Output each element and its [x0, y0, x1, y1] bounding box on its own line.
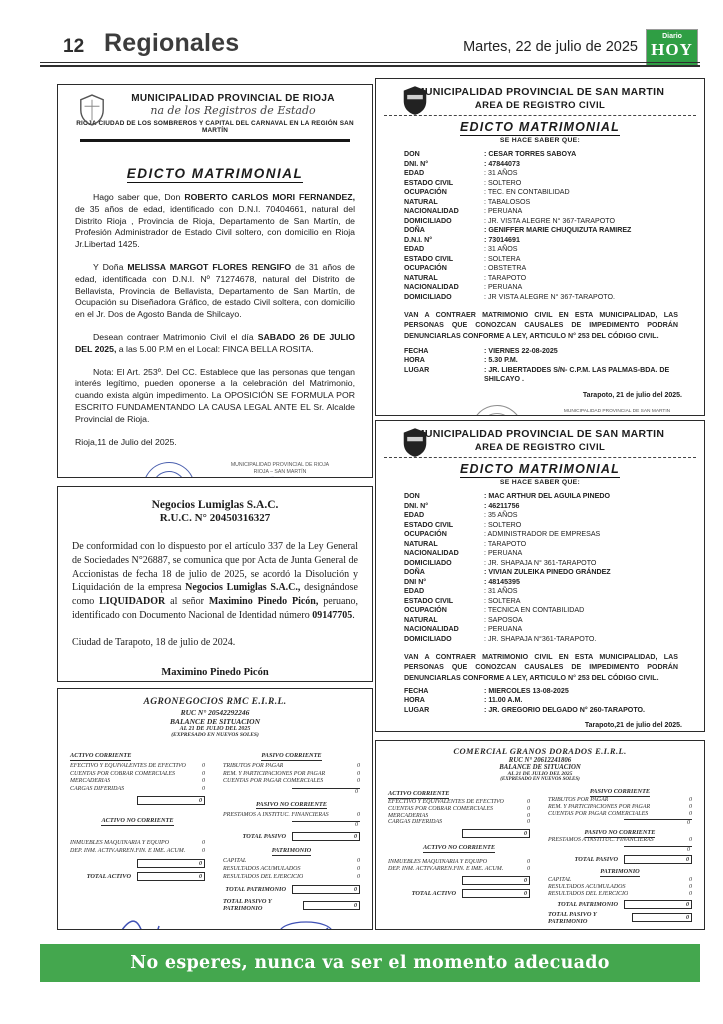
balance-line-item: CAPITAL0 — [223, 858, 360, 866]
item-label: RESULTADOS ACUMULADOS — [223, 866, 301, 874]
edicto-notice: VAN A CONTRAER MATRIMONIO CIVIL EN ESTA … — [404, 652, 678, 683]
item-label: PRESTAMOS A INSTITUC. FINANCIERAS — [548, 837, 654, 844]
item-value: 0 — [202, 771, 205, 779]
field-value: : VIVIAN ZULEIKA PINEDO GRÁNDEZ — [484, 568, 611, 578]
balance-line-item: CAPITAL0 — [548, 877, 692, 884]
signature-accountant: C.P.C. MAT. N° — [260, 920, 346, 930]
field-value: : JR. SHAPAJA N°361-TARAPOTO. — [484, 635, 596, 645]
lumiglas-paragraph: De conformidad con lo dispuesto por el a… — [72, 540, 358, 623]
schedule-value: : JR. GREGORIO DELGADO N° 260-TARAPOTO. — [484, 706, 645, 716]
field-row: DOMICILIADO: JR. SHAPAJA N° 361-TARAPOTO — [404, 559, 704, 569]
item-label: RESULTADOS DEL EJERCICIO — [223, 874, 303, 882]
item-value: 0 — [202, 778, 205, 786]
balance2-activo-column: ACTIVO CORRIENTE EFECTIVO Y EQUIVALENTES… — [388, 786, 540, 925]
field-row: D.N.I. N°: 73014691 — [404, 236, 704, 246]
field-row: DOMICILIADO: JR VISTA ALEGRE N° 367-TARA… — [404, 293, 704, 303]
schedule-row: FECHA: MIERCOLES 13-08-2025 — [404, 687, 704, 697]
field-label: ESTADO CIVIL — [404, 179, 484, 189]
item-value: 0 — [527, 806, 530, 813]
schedule-label: FECHA — [404, 347, 484, 357]
edicto-fields: DON: CESAR TORRES SABOYADNI. N°: 4784407… — [404, 150, 704, 302]
signature-liquidator: PINEDO PICON MAXIMINO LIQUIDADOR — [84, 920, 170, 930]
balance1-title: BALANCE DE SITUACION — [58, 717, 372, 726]
field-label: DNI N° — [404, 578, 484, 588]
item-label: CUENTAS POR COBRAR COMERCIALES — [70, 771, 175, 779]
field-value: : MAC ARTHUR DEL AGUILA PINEDO — [484, 492, 610, 502]
field-label: OCUPACIÓN — [404, 264, 484, 274]
item-value: 0 — [689, 797, 692, 804]
edicto-rioja-notice: MUNICIPALIDAD PROVINCIAL DE RIOJA na de … — [57, 84, 373, 478]
pasivo-no-corriente-subtotal: 0 — [624, 846, 692, 853]
field-label: ESTADO CIVIL — [404, 597, 484, 607]
item-value: 0 — [689, 877, 692, 884]
field-value: : 35 AÑOS — [484, 511, 518, 521]
edicto-subtitle: SE HACE SABER QUE: — [376, 479, 704, 486]
balance-line-item: REM. Y PARTICIPACIONES POR PAGAR0 — [548, 804, 692, 811]
balance2-company: COMERCIAL GRANOS DORADOS E.I.R.L. — [376, 746, 704, 756]
liquidator-role: Liquidador — [72, 680, 358, 682]
item-value: 0 — [689, 811, 692, 818]
balance2-title: BALANCE DE SITUACION — [376, 764, 704, 771]
field-row: DNI. N°: 47844073 — [404, 160, 704, 170]
field-value: : 73014691 — [484, 236, 520, 246]
rioja-header: MUNICIPALIDAD PROVINCIAL DE RIOJA na de … — [58, 85, 372, 142]
balance-line-item: INMUEBLES MAQUINARIA Y EQUIPO0 — [70, 840, 205, 848]
field-row: NACIONALIDAD: PERUANA — [404, 549, 704, 559]
balance-line-item: CARGAS DIFERIDAS0 — [70, 786, 205, 794]
item-value: 0 — [527, 866, 530, 873]
balance1-ruc: RUC N° 20542292246 — [58, 708, 372, 717]
item-label: CUENTAS POR PAGAR COMERCIALES — [548, 811, 648, 818]
schedule-value: : 5.30 P.M. — [484, 356, 518, 366]
field-value: : 31 AÑOS — [484, 587, 518, 597]
field-value: : SOLTERA — [484, 255, 521, 265]
edicto-sanmartin-2: MUNICIPALIDAD PROVINCIAL DE SAN MARTIN A… — [375, 420, 705, 732]
lumiglas-company: Negocios Lumiglas S.A.C. — [72, 499, 358, 511]
item-label: MERCADERIAS — [388, 813, 428, 820]
field-label: EDAD — [404, 587, 484, 597]
field-value: : PERUANA — [484, 283, 522, 293]
field-value: : TABALOSOS — [484, 198, 530, 208]
field-value: : JR. VISTA ALEGRE N° 367-TARAPOTO — [484, 217, 615, 227]
field-label: DOMICILIADO — [404, 635, 484, 645]
dashed-rule — [384, 115, 696, 116]
edicto-title: EDICTO MATRIMONIAL — [376, 120, 704, 134]
field-row: NATURAL: TARAPOTO — [404, 274, 704, 284]
activo-no-corriente-subtotal: 0 — [137, 859, 205, 868]
item-label: CARGAS DIFERIDAS — [388, 819, 442, 826]
balance-line-item: DEP. INM. ACTIV.ARREN.FIN. E IME. ACUM.0 — [70, 848, 205, 856]
edicto-sanmartin-1: MUNICIPALIDAD PROVINCIAL DE SAN MARTIN A… — [375, 78, 705, 416]
rioja-crest-icon — [78, 93, 106, 132]
item-label: MERCADERIAS — [70, 778, 110, 786]
signature-icon — [421, 929, 483, 930]
patrimonio-header: PATRIMONIO — [548, 868, 692, 875]
balance-line-item: REM. Y PARTICIPACIONES POR PAGAR0 — [223, 771, 360, 779]
field-row: DNI. N°: 46211756 — [404, 502, 704, 512]
item-value: 0 — [527, 819, 530, 826]
newspaper-page: 12 Regionales Martes, 22 de julio de 202… — [0, 0, 723, 1024]
pasivo-no-corriente-header: PASIVO NO CORRIENTE — [223, 801, 360, 808]
activo-no-corriente-subtotal: 0 — [462, 876, 530, 885]
field-value: : TEC. EN CONTABILIDAD — [484, 188, 570, 198]
edicto-schedule: FECHA: MIERCOLES 13-08-2025HORA: 11.00 A… — [404, 687, 704, 716]
item-value: 0 — [357, 778, 360, 786]
field-label: NATURAL — [404, 616, 484, 626]
rioja-muni-name: MUNICIPALIDAD PROVINCIAL DE RIOJA — [106, 93, 360, 104]
schedule-row: HORA: 5.30 P.M. — [404, 356, 704, 366]
field-value: : TARAPOTO — [484, 540, 526, 550]
item-label: CARGAS DIFERIDAS — [70, 786, 124, 794]
item-value: 0 — [527, 799, 530, 806]
field-label: OCUPACIÓN — [404, 188, 484, 198]
item-value: 0 — [689, 804, 692, 811]
pasivo-corriente-header: PASIVO CORRIENTE — [223, 752, 360, 759]
schedule-value: : MIERCOLES 13-08-2025 — [484, 687, 569, 697]
sanmartin-crest-icon — [402, 85, 428, 122]
edicto-dateline: Tarapoto,21 de julio del 2025. — [376, 722, 682, 729]
balance-line-item: RESULTADOS DEL EJERCICIO0 — [223, 874, 360, 882]
item-value: 0 — [357, 771, 360, 779]
schedule-row: HORA: 11.00 A.M. — [404, 696, 704, 706]
schedule-row: FECHA: VIERNES 22-08-2025 — [404, 347, 704, 357]
page-number: 12 — [63, 36, 84, 58]
field-value: : JR VISTA ALEGRE N° 367-TARAPOTO. — [484, 293, 615, 303]
muni-name: MUNICIPALIDAD PROVINCIAL DE SAN MARTIN — [386, 428, 694, 440]
item-label: CAPITAL — [548, 877, 571, 884]
rioja-seal-block: OREC MUNICIPALIDAD PROVINCIAL DE RIOJA R… — [143, 462, 372, 478]
field-row: NATURAL: SAPOSOA — [404, 616, 704, 626]
edicto-subtitle: SE HACE SABER QUE: — [376, 137, 704, 144]
item-label: INMUEBLES MAQUINARIA Y EQUIPO — [70, 840, 169, 848]
activo-corriente-header: ACTIVO CORRIENTE — [388, 790, 530, 797]
field-row: EDAD: 31 AÑOS — [404, 587, 704, 597]
field-row: DOMICILIADO: JR. VISTA ALEGRE N° 367-TAR… — [404, 217, 704, 227]
field-label: OCUPACIÓN — [404, 606, 484, 616]
item-label: EFECTIVO Y EQUIVALENTES DE EFECTIVO — [388, 799, 504, 806]
sanmartin-crest-icon — [402, 427, 428, 464]
field-value: : 31 AÑOS — [484, 245, 518, 255]
schedule-label: LUGAR — [404, 366, 484, 385]
groom-name: ROBERTO CARLOS MORI FERNANDEZ, — [184, 192, 355, 202]
rioja-dateline: Rioja,11 de Julio del 2025. — [75, 437, 355, 449]
edicto-title: EDICTO MATRIMONIAL — [376, 462, 704, 476]
field-label: NACIONALIDAD — [404, 549, 484, 559]
item-value: 0 — [689, 891, 692, 898]
balance-line-item: MERCADERIAS0 — [70, 778, 205, 786]
section-title: Regionales — [104, 29, 239, 58]
registro-civil-stamp-icon: REGISTRO CIVIL — [465, 399, 528, 416]
logo-main-text: HOY — [647, 41, 697, 59]
header-rule — [40, 62, 700, 67]
signature-icon — [92, 920, 162, 930]
activo-corriente-subtotal: 0 — [462, 829, 530, 838]
pasivo-no-corriente-subtotal: 0 — [292, 821, 360, 828]
field-row: DON: CESAR TORRES SABOYA — [404, 150, 704, 160]
item-value: 0 — [357, 812, 360, 820]
field-row: NATURAL: TABALOSOS — [404, 198, 704, 208]
item-label: DEP. INM. ACTIV.ARREN.FIN. E IME. ACUM. — [388, 866, 503, 873]
patrimonio-header: PATRIMONIO — [223, 847, 360, 854]
rioja-paragraph-1: Hago saber que, Don ROBERTO CARLOS MORI … — [75, 192, 355, 251]
dashed-rule — [384, 457, 696, 458]
item-label: DEP. INM. ACTIV.ARREN.FIN. E IME. ACUM. — [70, 848, 185, 856]
item-value: 0 — [527, 859, 530, 866]
balance-line-item: EFECTIVO Y EQUIVALENTES DE EFECTIVO0 — [388, 799, 530, 806]
item-label: CAPITAL — [223, 858, 246, 866]
diario-hoy-logo: Diario HOY — [646, 29, 698, 66]
activo-corriente-subtotal: 0 — [137, 796, 205, 805]
schedule-label: HORA — [404, 356, 484, 366]
field-row: DOÑA: GENIFFER MARIE CHUQUIZUTA RAMIREZ — [404, 226, 704, 236]
field-row: NATURAL: TARAPOTO — [404, 540, 704, 550]
field-value: : OBSTETRA — [484, 264, 526, 274]
balance-granos-dorados: COMERCIAL GRANOS DORADOS E.I.R.L. RUC N°… — [375, 740, 705, 930]
rioja-seal-icon: OREC — [138, 458, 200, 478]
muni-name: MUNICIPALIDAD PROVINCIAL DE SAN MARTIN — [386, 86, 694, 98]
rioja-tagline: RIOJA CIUDAD DE LOS SOMBREROS Y CAPITAL … — [70, 120, 360, 134]
field-row: OCUPACIÓN: TEC. EN CONTABILIDAD — [404, 188, 704, 198]
rioja-body: Hago saber que, Don ROBERTO CARLOS MORI … — [58, 192, 372, 448]
signature-icon — [597, 929, 659, 930]
field-row: NACIONALIDAD: PERUANA — [404, 283, 704, 293]
field-value: : 46211756 — [484, 502, 520, 512]
total-activo-row: TOTAL ACTIVO0 — [70, 872, 205, 881]
balance1-company: AGRONEGOCIOS RMC E.I.R.L. — [58, 697, 372, 707]
field-row: ESTADO CIVIL: SOLTERO — [404, 179, 704, 189]
item-label: RESULTADOS DEL EJERCICIO — [548, 891, 628, 898]
total-pasivo-row: TOTAL PASIVO0 — [223, 832, 360, 841]
rioja-header-rule — [80, 139, 350, 142]
item-value: 0 — [202, 763, 205, 771]
pasivo-corriente-header: PASIVO CORRIENTE — [548, 788, 692, 795]
balance-line-item: EFECTIVO Y EQUIVALENTES DE EFECTIVO0 — [70, 763, 205, 771]
field-value: : GENIFFER MARIE CHUQUIZUTA RAMIREZ — [484, 226, 631, 236]
balance-line-item: CUENTAS POR PAGAR COMERCIALES0 — [223, 778, 360, 786]
item-value: 0 — [357, 866, 360, 874]
signature-liquidator: PINEDO PICON MAXIMINO LIQUIDADOR — [409, 929, 495, 930]
activo-no-corriente-header: ACTIVO NO CORRIENTE — [388, 844, 530, 851]
field-label: EDAD — [404, 169, 484, 179]
registrar-signature-icon — [587, 415, 647, 416]
rioja-paragraph-3: Desean contraer Matrimonio Civil el día … — [75, 332, 355, 356]
field-label: NATURAL — [404, 274, 484, 284]
balance-line-item: CARGAS DIFERIDAS0 — [388, 819, 530, 826]
field-label: NATURAL — [404, 540, 484, 550]
item-value: 0 — [689, 837, 692, 844]
balance-line-item: TRIBUTOS POR PAGAR0 — [223, 763, 360, 771]
total-pasivo-row: TOTAL PASIVO0 — [548, 855, 692, 864]
field-label: DON — [404, 150, 484, 160]
lumiglas-notice: Negocios Lumiglas S.A.C. R.U.C. N° 20450… — [57, 486, 373, 682]
field-value: : JR. SHAPAJA N° 361-TARAPOTO — [484, 559, 596, 569]
liquidator-name: Maximino Pinedo Picón — [72, 666, 358, 680]
balance-line-item: MERCADERIAS0 — [388, 813, 530, 820]
field-label: DOMICILIADO — [404, 559, 484, 569]
area-name: AREA DE REGISTRO CIVIL — [386, 100, 694, 111]
activo-no-corriente-header: ACTIVO NO CORRIENTE — [70, 817, 205, 824]
balance-line-item: RESULTADOS ACUMULADOS0 — [223, 866, 360, 874]
item-label: REM. Y PARTICIPACIONES POR PAGAR — [548, 804, 650, 811]
field-value: : SOLTERO — [484, 179, 521, 189]
total-patrimonio-row: TOTAL PATRIMONIO0 — [223, 885, 360, 894]
item-value: 0 — [357, 763, 360, 771]
balance2-pasivo-column: PASIVO CORRIENTE TRIBUTOS POR PAGAR0REM.… — [540, 786, 692, 925]
schedule-row: LUGAR: JR. LIBERTADDES S/N- C.P.M. LAS P… — [404, 366, 704, 385]
item-value: 0 — [202, 786, 205, 794]
stamp-block: REGISTRO CIVIL MUNICIPALIDAD PROVINCIAL … — [471, 405, 704, 416]
schedule-label: FECHA — [404, 687, 484, 697]
field-value: : 48145395 — [484, 578, 520, 588]
balance-line-item: RESULTADOS ACUMULADOS0 — [548, 884, 692, 891]
rioja-signature-icon — [225, 475, 335, 478]
balance1-activo-column: ACTIVO CORRIENTE EFECTIVO Y EQUIVALENTES… — [70, 746, 215, 912]
schedule-label: HORA — [404, 696, 484, 706]
lumiglas-ruc: R.U.C. N° 20450316327 — [72, 512, 358, 524]
field-value: : SAPOSOA — [484, 616, 523, 626]
rioja-handwriting: na de los Registros de Estado — [106, 104, 360, 117]
field-value: : PERUANA — [484, 549, 522, 559]
field-label: OCUPACIÓN — [404, 530, 484, 540]
total-pasivo-patrimonio-row: TOTAL PASIVO Y PATRIMONIO0 — [548, 911, 692, 925]
rioja-edicto-title: EDICTO MATRIMONIAL — [58, 166, 372, 181]
field-label: ESTADO CIVIL — [404, 521, 484, 531]
schedule-value: : JR. LIBERTADDES S/N- C.P.M. LAS PALMAS… — [484, 366, 704, 385]
item-label: CUENTAS POR COBRAR COMERCIALES — [388, 806, 493, 813]
field-row: NACIONALIDAD: PERUANA — [404, 625, 704, 635]
balance-line-item: PRESTAMOS A INSTITUC. FINANCIERAS0 — [548, 837, 692, 844]
field-label: DOMICILIADO — [404, 293, 484, 303]
field-value: : 47844073 — [484, 160, 520, 170]
balance-line-item: INMUEBLES MAQUINARIA Y EQUIPO0 — [388, 859, 530, 866]
balance-line-item: CUENTAS POR PAGAR COMERCIALES0 — [548, 811, 692, 818]
balance-line-item: PRESTAMOS A INSTITUC. FINANCIERAS0 — [223, 812, 360, 820]
rioja-paragraph-2: Y Doña MELISSA MARGOT FLORES RENGIFO de … — [75, 262, 355, 321]
balance-line-item: CUENTAS POR COBRAR COMERCIALES0 — [70, 771, 205, 779]
field-label: NATURAL — [404, 198, 484, 208]
total-pasivo-patrimonio-row: TOTAL PASIVO Y PATRIMONIO0 — [223, 898, 360, 912]
item-label: INMUEBLES MAQUINARIA Y EQUIPO — [388, 859, 487, 866]
edicto-dateline: Tarapoto, 21 de julio del 2025. — [376, 392, 682, 399]
field-label: DNI. N° — [404, 160, 484, 170]
lumiglas-signer: Maximino Pinedo Picón Liquidador — [72, 666, 358, 682]
total-activo-row: TOTAL ACTIVO0 — [388, 889, 530, 898]
bottom-ad-banner: No esperes, nunca va ser el momento adec… — [40, 944, 700, 982]
field-row: OCUPACIÓN: OBSTETRA — [404, 264, 704, 274]
item-value: 0 — [202, 848, 205, 856]
schedule-label: LUGAR — [404, 706, 484, 716]
field-label: DNI. N° — [404, 502, 484, 512]
field-row: DOÑA: VIVIAN ZULEIKA PINEDO GRÁNDEZ — [404, 568, 704, 578]
field-row: DNI N°: 48145395 — [404, 578, 704, 588]
schedule-value: : 11.00 A.M. — [484, 696, 522, 706]
item-value: 0 — [357, 858, 360, 866]
activo-corriente-header: ACTIVO CORRIENTE — [70, 752, 205, 759]
item-label: CUENTAS POR PAGAR COMERCIALES — [223, 778, 323, 786]
pasivo-corriente-subtotal: 0 — [624, 819, 692, 826]
field-value: : SOLTERO — [484, 521, 521, 531]
item-label: EFECTIVO Y EQUIVALENTES DE EFECTIVO — [70, 763, 186, 771]
field-row: ESTADO CIVIL: SOLTERA — [404, 255, 704, 265]
balance1-pasivo-column: PASIVO CORRIENTE TRIBUTOS POR PAGAR0REM.… — [215, 746, 360, 912]
field-label: DOMICILIADO — [404, 217, 484, 227]
field-value: : ADMINISTRADOR DE EMPRESAS — [484, 530, 600, 540]
item-value: 0 — [202, 840, 205, 848]
bride-name: MELISSA MARGOT FLORES RENGIFO — [127, 262, 291, 272]
banner-text: No esperes, nunca va ser el momento adec… — [130, 953, 610, 973]
pasivo-no-corriente-header: PASIVO NO CORRIENTE — [548, 829, 692, 836]
field-row: OCUPACIÓN: TECNICA EN CONTABILIDAD — [404, 606, 704, 616]
field-row: OCUPACIÓN: ADMINISTRADOR DE EMPRESAS — [404, 530, 704, 540]
field-row: EDAD: 31 AÑOS — [404, 169, 704, 179]
item-label: RESULTADOS ACUMULADOS — [548, 884, 626, 891]
item-label: TRIBUTOS POR PAGAR — [223, 763, 283, 771]
field-label: EDAD — [404, 245, 484, 255]
field-label: DON — [404, 492, 484, 502]
field-row: ESTADO CIVIL: SOLTERO — [404, 521, 704, 531]
field-label: NACIONALIDAD — [404, 625, 484, 635]
item-label: REM. Y PARTICIPACIONES POR PAGAR — [223, 771, 325, 779]
edicto-notice: VAN A CONTRAER MATRIMONIO CIVIL EN ESTA … — [404, 310, 678, 341]
item-label: TRIBUTOS POR PAGAR — [548, 797, 608, 804]
lumiglas-dateline: Ciudad de Tarapoto, 18 de julio de 2024. — [72, 637, 358, 648]
field-row: DOMICILIADO: JR. SHAPAJA N°361-TARAPOTO. — [404, 635, 704, 645]
field-row: DON: MAC ARTHUR DEL AGUILA PINEDO — [404, 492, 704, 502]
field-label: DOÑA — [404, 568, 484, 578]
page-date: Martes, 22 de julio de 2025 — [463, 39, 638, 55]
item-value: 0 — [689, 884, 692, 891]
field-value: : PERUANA — [484, 207, 522, 217]
edicto-schedule: FECHA: VIERNES 22-08-2025HORA: 5.30 P.M.… — [404, 347, 704, 385]
signature-icon — [268, 920, 338, 930]
field-label: ESTADO CIVIL — [404, 255, 484, 265]
field-row: EDAD: 31 AÑOS — [404, 245, 704, 255]
balance2-ruc: RUC N° 20612241806 — [376, 757, 704, 764]
schedule-value: : VIERNES 22-08-2025 — [484, 347, 558, 357]
field-value: : TECNICA EN CONTABILIDAD — [484, 606, 584, 616]
balance-line-item: DEP. INM. ACTIV.ARREN.FIN. E IME. ACUM.0 — [388, 866, 530, 873]
area-name: AREA DE REGISTRO CIVIL — [386, 442, 694, 453]
rioja-nota: Nota: El Art. 253º. Del CC. Establece qu… — [75, 367, 355, 426]
balance-line-item: RESULTADOS DEL EJERCICIO0 — [548, 891, 692, 898]
edicto-fields: DON: MAC ARTHUR DEL AGUILA PINEDODNI. N°… — [404, 492, 704, 644]
item-label: PRESTAMOS A INSTITUC. FINANCIERAS — [223, 812, 329, 820]
total-patrimonio-row: TOTAL PATRIMONIO0 — [548, 900, 692, 909]
signature-accountant: C.P.C. MAT. N° — [585, 929, 671, 930]
balance-line-item: TRIBUTOS POR PAGAR0 — [548, 797, 692, 804]
field-label: D.N.I. N° — [404, 236, 484, 246]
balance-agronegocios: AGRONEGOCIOS RMC E.I.R.L. RUC N° 2054229… — [57, 688, 373, 930]
field-value: : SOLTERA — [484, 597, 521, 607]
balance-line-item: CUENTAS POR COBRAR COMERCIALES0 — [388, 806, 530, 813]
field-value: : 31 AÑOS — [484, 169, 518, 179]
schedule-row: LUGAR: JR. GREGORIO DELGADO N° 260-TARAP… — [404, 706, 704, 716]
field-label: NACIONALIDAD — [404, 207, 484, 217]
field-value: : CESAR TORRES SABOYA — [484, 150, 576, 160]
field-row: NACIONALIDAD: PERUANA — [404, 207, 704, 217]
field-label: DOÑA — [404, 226, 484, 236]
field-value: : PERUANA — [484, 625, 522, 635]
field-label: EDAD — [404, 511, 484, 521]
item-value: 0 — [527, 813, 530, 820]
field-row: ESTADO CIVIL: SOLTERA — [404, 597, 704, 607]
pasivo-corriente-subtotal: 0 — [292, 788, 360, 795]
field-value: : TARAPOTO — [484, 274, 526, 284]
item-value: 0 — [357, 874, 360, 882]
field-label: NACIONALIDAD — [404, 283, 484, 293]
field-row: EDAD: 35 AÑOS — [404, 511, 704, 521]
